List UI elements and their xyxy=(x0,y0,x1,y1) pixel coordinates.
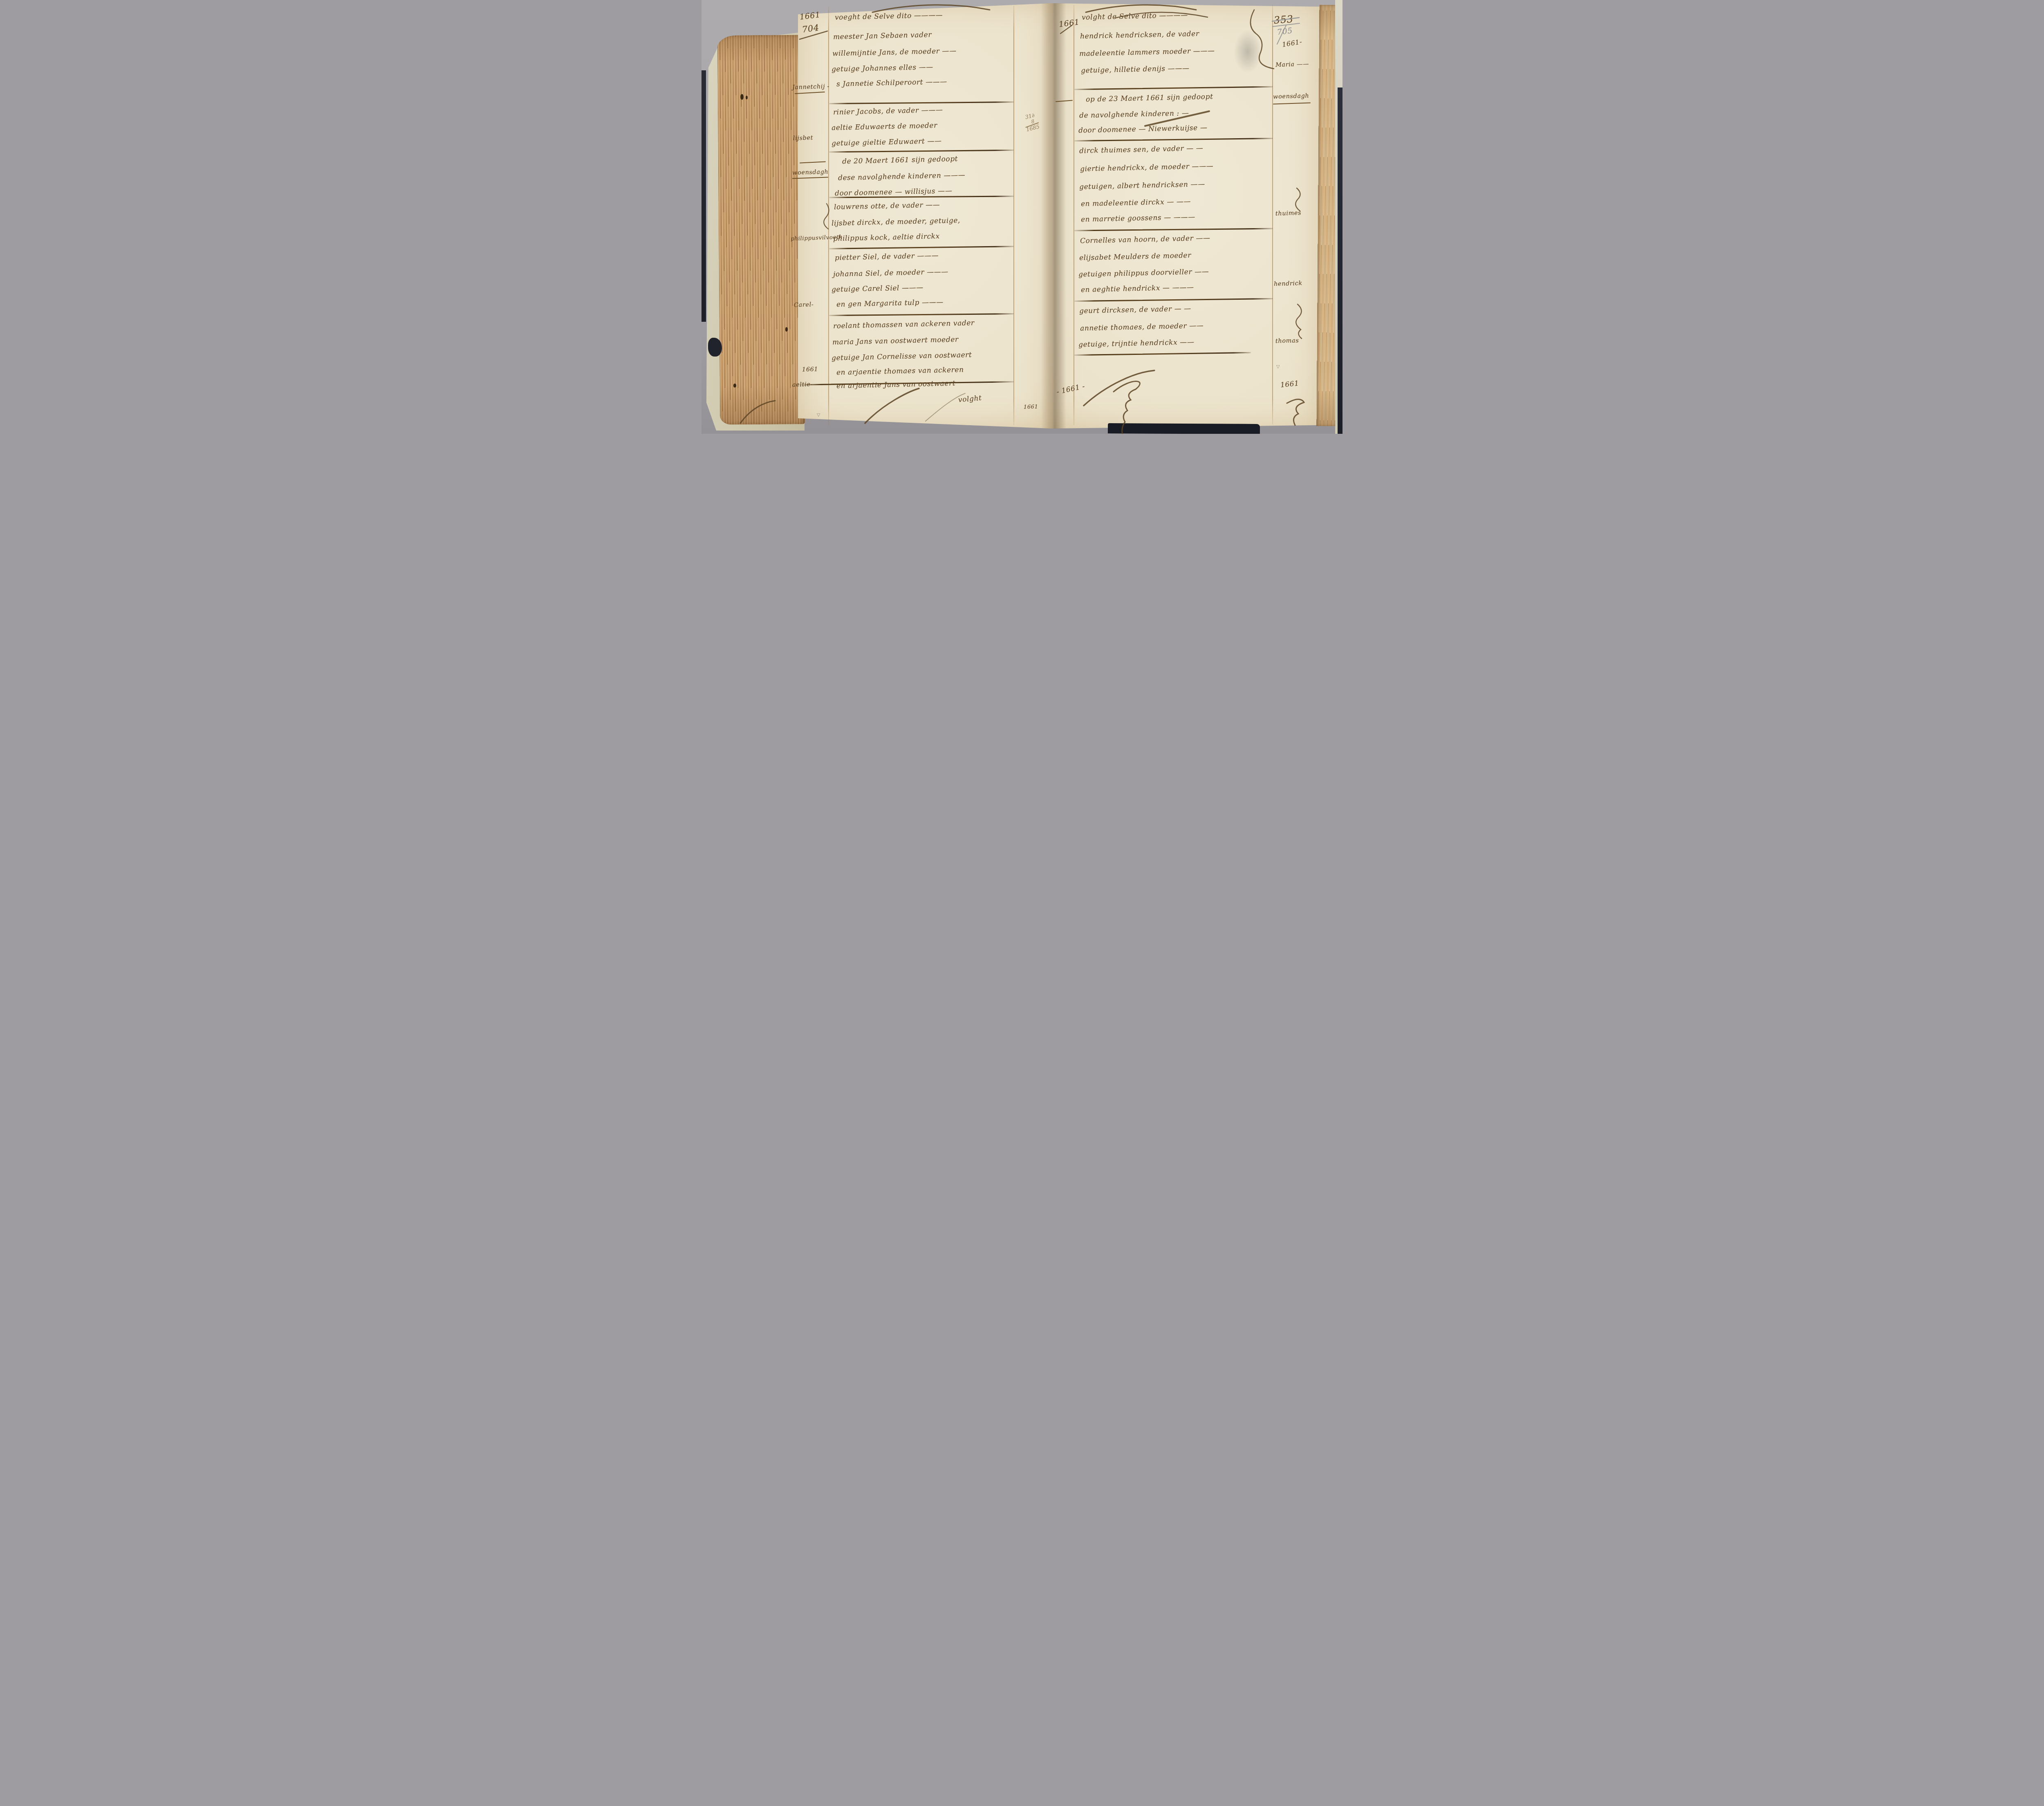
margin-note: aeltie- xyxy=(792,381,813,388)
margin-note: Maria —— xyxy=(1275,61,1309,68)
margin-note: Jannetchij - xyxy=(792,83,829,91)
margin-note-year: 1661 xyxy=(802,366,818,373)
ink-spot xyxy=(733,384,736,388)
page-number-left: 704 xyxy=(802,23,820,35)
ink-spot xyxy=(785,327,788,332)
book-gutter-shadow xyxy=(1041,3,1066,429)
margin-note: thomas xyxy=(1275,337,1299,345)
triangle-marker-icon: ▽ xyxy=(1276,364,1280,369)
binding-cloth-left xyxy=(702,70,706,322)
folio-number-pencil: 705 xyxy=(1277,26,1293,37)
column-rule-line xyxy=(1013,6,1014,425)
binding-cloth-bottom xyxy=(1108,423,1260,434)
ink-spot xyxy=(740,94,744,100)
crossed-folio-number: 353 xyxy=(1273,13,1293,26)
binding-cloth-remnant xyxy=(708,338,722,357)
binding-cloth-right xyxy=(1338,87,1342,434)
margin-note: thuimes xyxy=(1275,210,1302,217)
ink-spot xyxy=(746,96,748,99)
margin-note: hendrick xyxy=(1274,280,1302,287)
column-rule-line xyxy=(828,7,829,426)
footer-year-left-page: 1661 xyxy=(1024,404,1038,411)
pencil-smudge xyxy=(1228,27,1267,88)
margin-note: woensdagh xyxy=(792,169,829,176)
margin-note: lijsbet xyxy=(793,135,814,141)
baptism-register-photo: 1661 704 voeght de Selve dito ———— meest… xyxy=(702,0,1342,434)
margin-note: Carel- xyxy=(794,301,814,308)
fanned-page-edges-left xyxy=(717,35,805,424)
column-rule-line xyxy=(1272,5,1273,424)
column-rule-line xyxy=(1074,5,1074,425)
triangle-marker-icon: ▽ xyxy=(817,412,820,417)
margin-note: woensdagh xyxy=(1273,93,1309,100)
